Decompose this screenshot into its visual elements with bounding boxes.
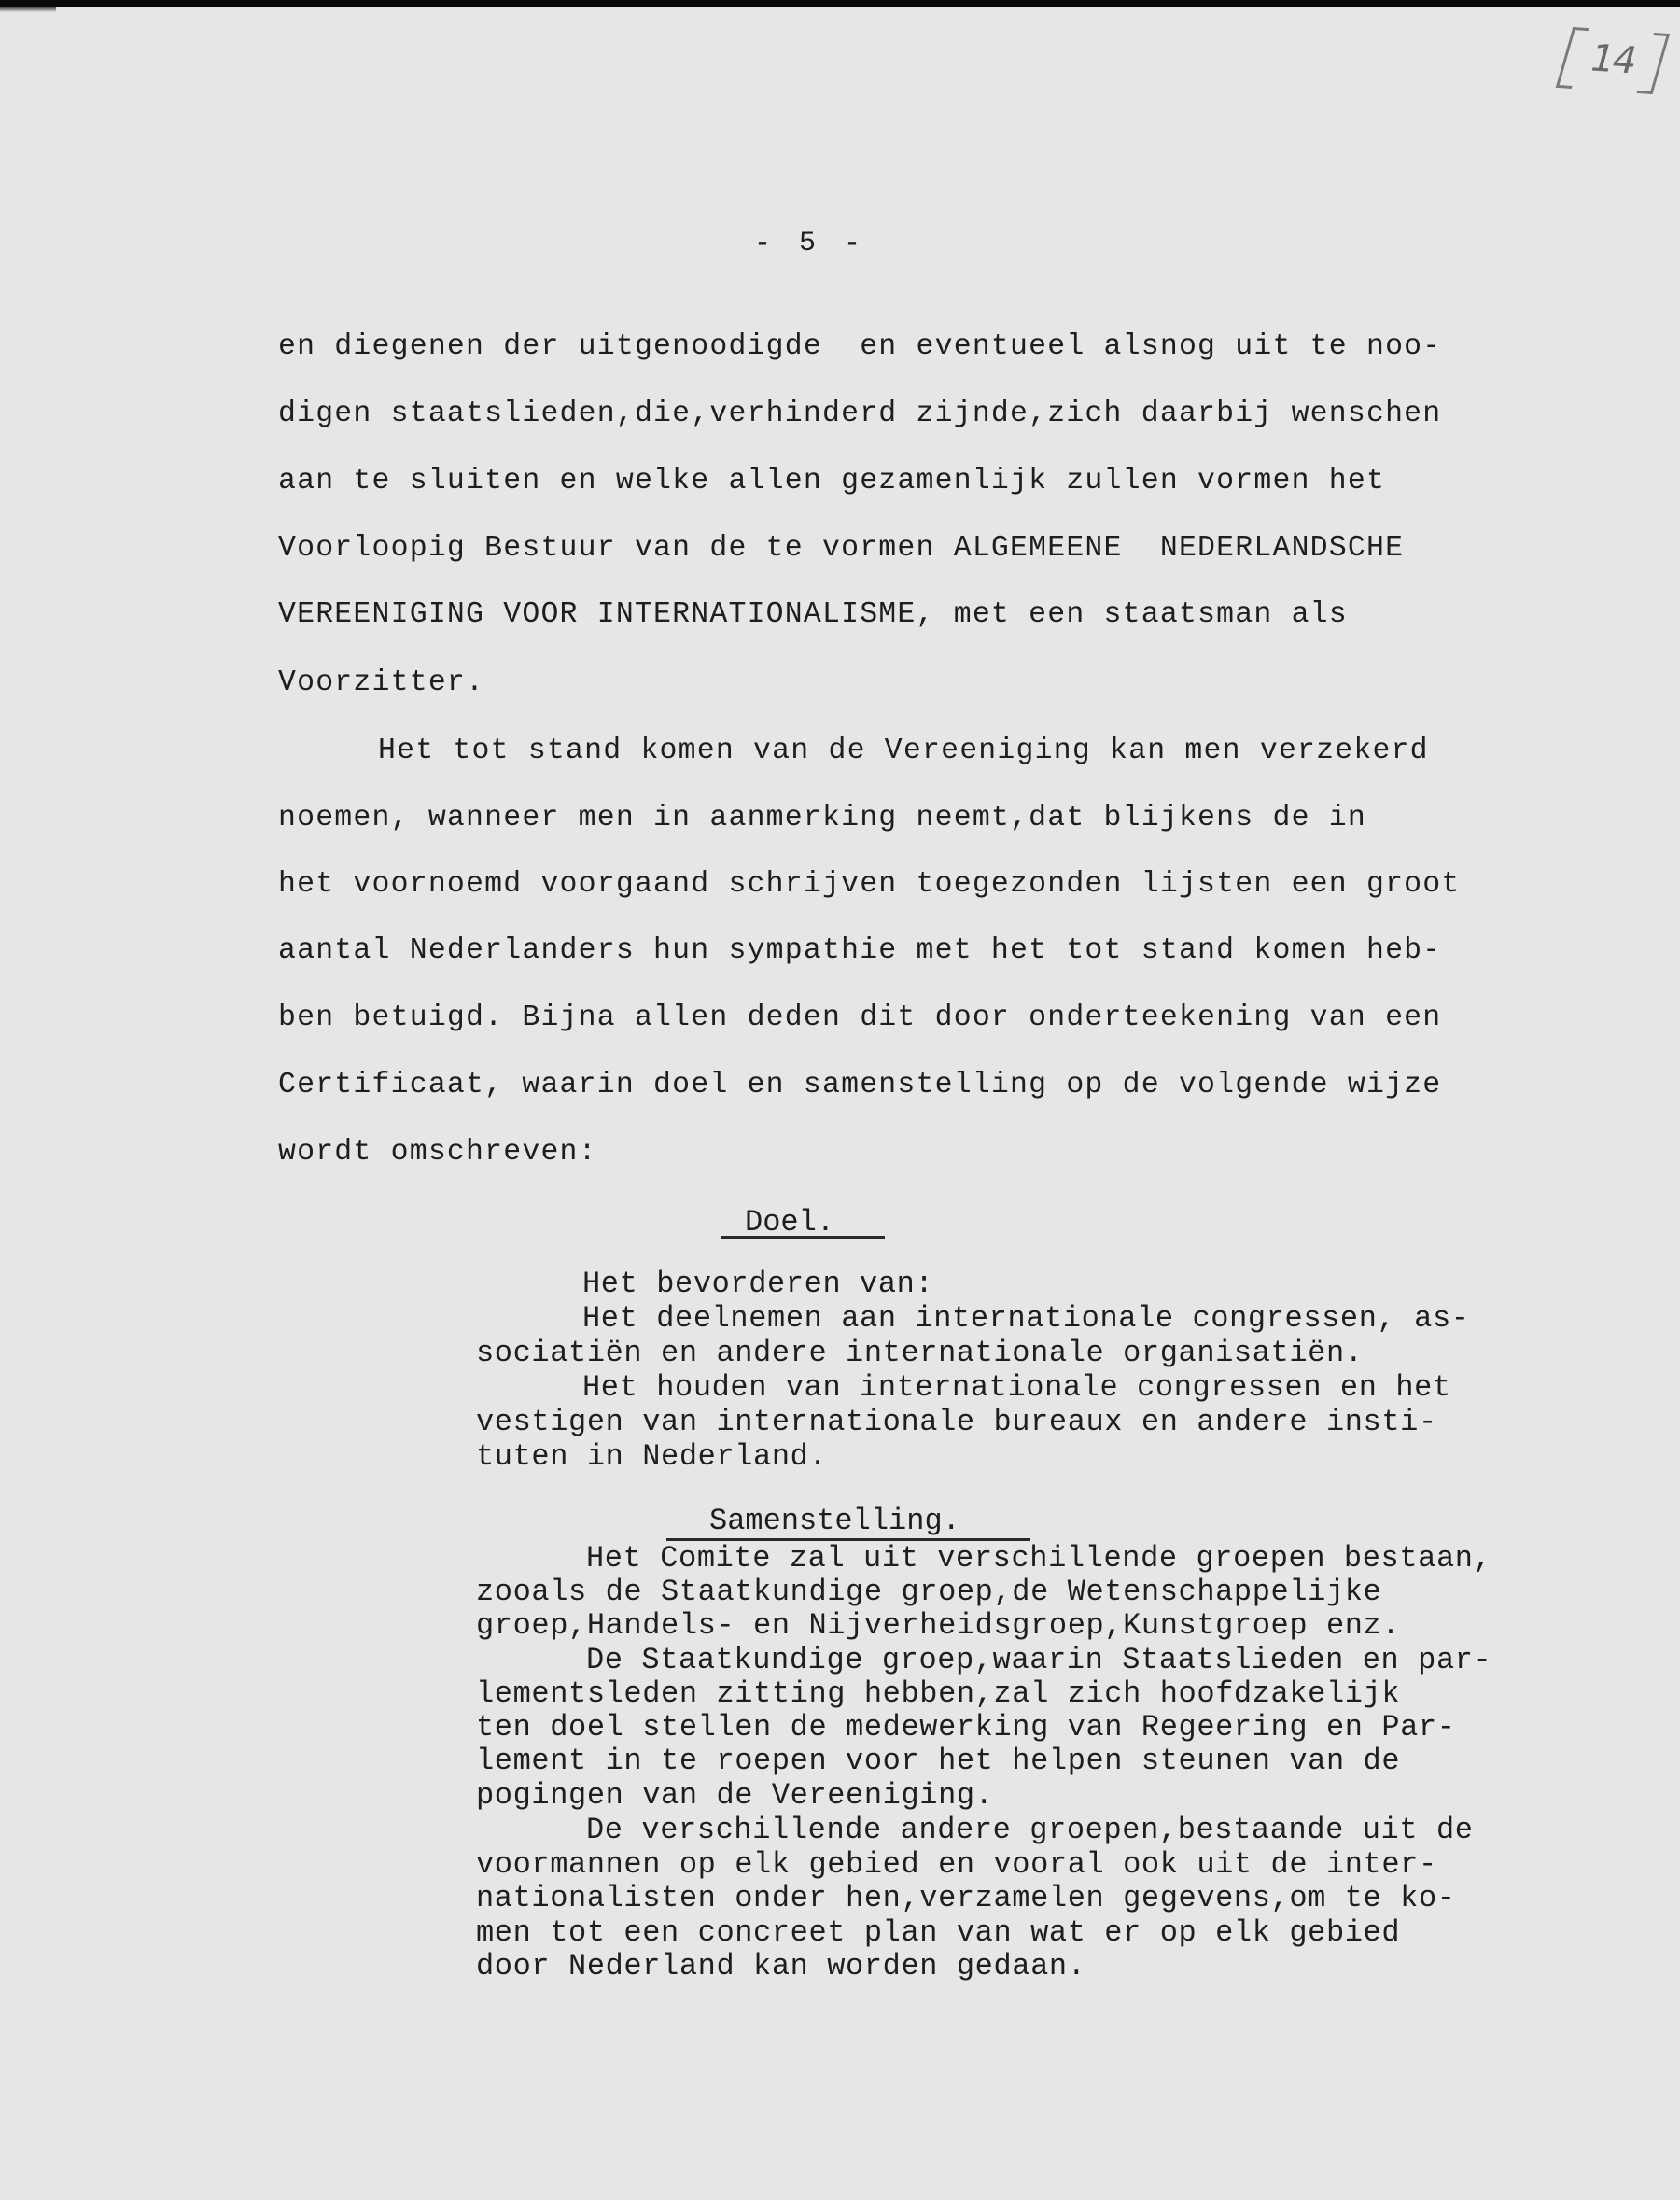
text-line: door Nederland kan worden gedaan.	[476, 1952, 1086, 1982]
text-line: aan te sluiten en welke allen gezamenlij…	[278, 467, 1385, 497]
text-line: pogingen van de Vereeniging.	[476, 1781, 994, 1811]
text-line: aantal Nederlanders hun sympathie met he…	[278, 936, 1441, 966]
text-line: Voorloopig Bestuur van de te vormen ALGE…	[278, 534, 1404, 564]
section-heading-samenstelling: Samenstelling.	[709, 1506, 960, 1536]
text-line: vestigen van internationale bureaux en a…	[476, 1408, 1437, 1437]
text-line: ben betuigd. Bijna allen deden dit door …	[278, 1003, 1441, 1033]
text-line: De Staatkundige groep,waarin Staatsliede…	[586, 1646, 1491, 1675]
text-line: ten doel stellen de medewerking van Rege…	[476, 1713, 1456, 1743]
text-line: Het Comite zal uit verschillende groepen…	[586, 1544, 1491, 1574]
text-line: Het deelnemen aan internationale congres…	[582, 1304, 1470, 1334]
text-line: Het houden van internationale congressen…	[582, 1373, 1451, 1403]
text-line: lementsleden zitting hebben,zal zich hoo…	[476, 1679, 1400, 1709]
text-line: groep,Handels- en Nijverheidsgroep,Kunst…	[476, 1611, 1400, 1641]
bracket-right-icon	[1637, 33, 1671, 94]
text-line: Het tot stand komen van de Vereeniging k…	[378, 736, 1429, 766]
text-line: wordt omschreven:	[278, 1138, 597, 1168]
text-line: zooals de Staatkundige groep,de Wetensch…	[476, 1577, 1381, 1607]
text-line: digen staatslieden,die,verhinderd zijnde…	[278, 399, 1441, 429]
text-line: Voorzitter.	[278, 668, 484, 698]
handwritten-page-mark: 14	[1561, 19, 1663, 100]
text-line: lement in te roepen voor het helpen steu…	[476, 1746, 1400, 1776]
page-number: - 5 -	[754, 228, 866, 259]
text-line: VEREENIGING VOOR INTERNATIONALISME, met …	[278, 600, 1348, 630]
text-line: noemen, wanneer men in aanmerking neemt,…	[278, 804, 1366, 834]
text-line: Het bevorderen van:	[582, 1269, 933, 1299]
text-line: men tot een concreet plan van wat er op …	[476, 1918, 1400, 1948]
handwritten-number: 14	[1589, 36, 1636, 82]
text-line: en diegenen der uitgenoodigde en eventue…	[278, 332, 1441, 362]
text-line: Certificaat, waarin doel en samenstellin…	[278, 1071, 1441, 1100]
text-line: tuten in Nederland.	[476, 1442, 827, 1472]
scan-edge-shadow	[0, 7, 56, 12]
section-heading-doel: Doel.	[745, 1208, 834, 1238]
text-line: voormannen op elk gebied en vooral ook u…	[476, 1850, 1437, 1880]
scan-top-border	[0, 0, 1680, 7]
text-line: het voornoemd voorgaand schrijven toegez…	[278, 870, 1461, 900]
text-line: nationalisten onder hen,verzamelen gegev…	[476, 1884, 1456, 1913]
text-line: sociatiën en andere internationale organ…	[476, 1338, 1364, 1368]
bracket-left-icon	[1556, 27, 1589, 89]
heading-underline	[721, 1236, 885, 1239]
text-line: De verschillende andere groepen,bestaand…	[586, 1815, 1474, 1845]
